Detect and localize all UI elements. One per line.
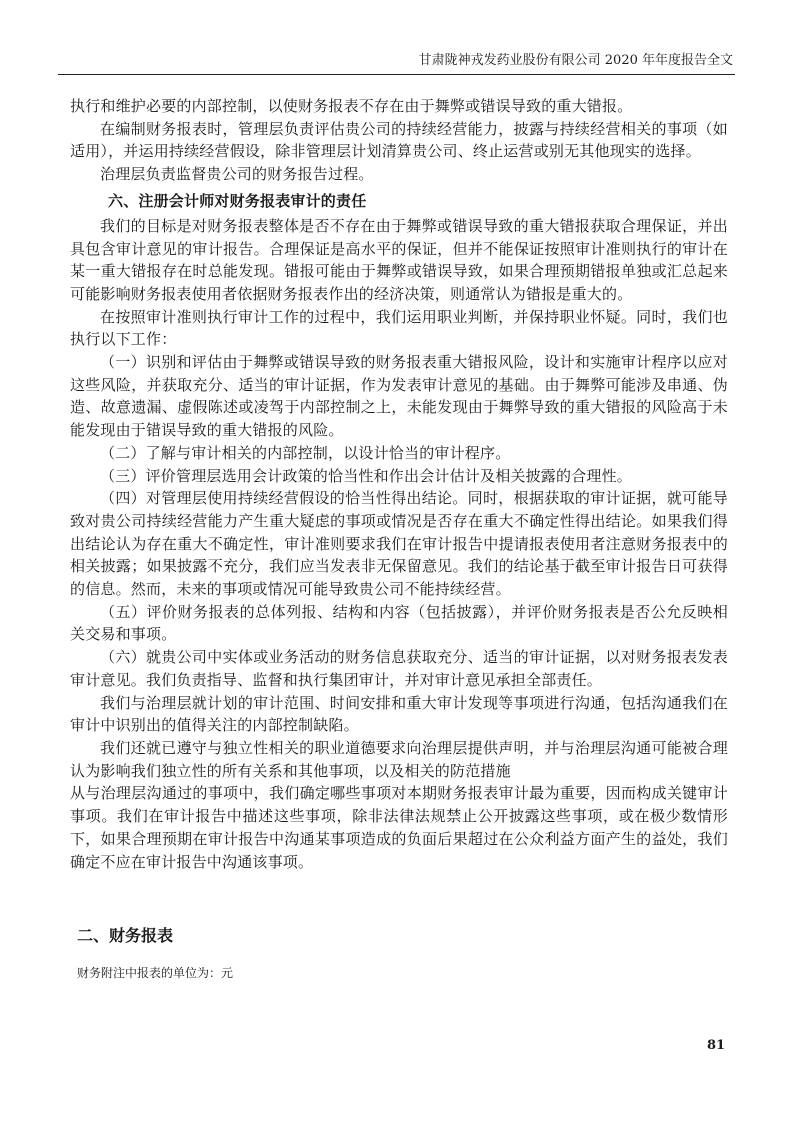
page-number: 81 xyxy=(707,1038,725,1053)
header-title: 甘肃陇神戎发药业股份有限公司 2020 年年度报告全文 xyxy=(419,53,735,68)
paragraph: 在编制财务报表时，管理层负责评估贵公司的持续经营能力，披露与持续经营相关的事项（… xyxy=(70,118,728,163)
unit-note: 财务附注中报表的单位为：元 xyxy=(77,964,233,981)
list-item: （二）了解与审计相关的内部控制，以设计恰当的审计程序。 xyxy=(70,442,728,465)
paragraph: 我们与治理层就计划的审计范围、时间安排和重大审计发现等事项进行沟通，包括沟通我们… xyxy=(70,692,728,737)
paragraph: 我们的目标是对财务报表整体是否不存在由于舞弊或错误导致的重大错报获取合理保证，并… xyxy=(70,215,728,306)
section-heading: 二、财务报表 xyxy=(77,923,173,946)
page-header: 甘肃陇神戎发药业股份有限公司 2020 年年度报告全文 xyxy=(58,52,735,75)
paragraph: 执行和维护必要的内部控制，以使财务报表不存在由于舞弊或错误导致的重大错报。 xyxy=(70,95,728,118)
list-item: （六）就贵公司中实体或业务活动的财务信息获取充分、适当的审计证据，以对财务报表发… xyxy=(70,646,728,691)
list-item: （五）评价财务报表的总体列报、结构和内容（包括披露），并评价财务报表是否公允反映… xyxy=(70,601,728,646)
paragraph: 治理层负责监督贵公司的财务报告过程。 xyxy=(70,163,728,186)
list-item: （四）对管理层使用持续经营假设的恰当性得出结论。同时，根据获取的审计证据，就可能… xyxy=(70,487,728,601)
paragraph: 从与治理层沟通过的事项中，我们确定哪些事项对本期财务报表审计最为重要，因而构成关… xyxy=(70,782,728,873)
document-body: 执行和维护必要的内部控制，以使财务报表不存在由于舞弊或错误导致的重大错报。 在编… xyxy=(70,95,728,873)
paragraph: 在按照审计准则执行审计工作的过程中，我们运用职业判断，并保持职业怀疑。同时，我们… xyxy=(70,306,728,351)
section-heading: 六、注册会计师对财务报表审计的责任 xyxy=(70,190,728,212)
list-item: （三）评价管理层选用会计政策的恰当性和作出会计估计及相关披露的合理性。 xyxy=(70,465,728,488)
paragraph: 我们还就已遵守与独立性相关的职业道德要求向治理层提供声明，并与治理层沟通可能被合… xyxy=(70,737,728,782)
list-item: （一）识别和评估由于舞弊或错误导致的财务报表重大错报风险，设计和实施审计程序以应… xyxy=(70,351,728,442)
